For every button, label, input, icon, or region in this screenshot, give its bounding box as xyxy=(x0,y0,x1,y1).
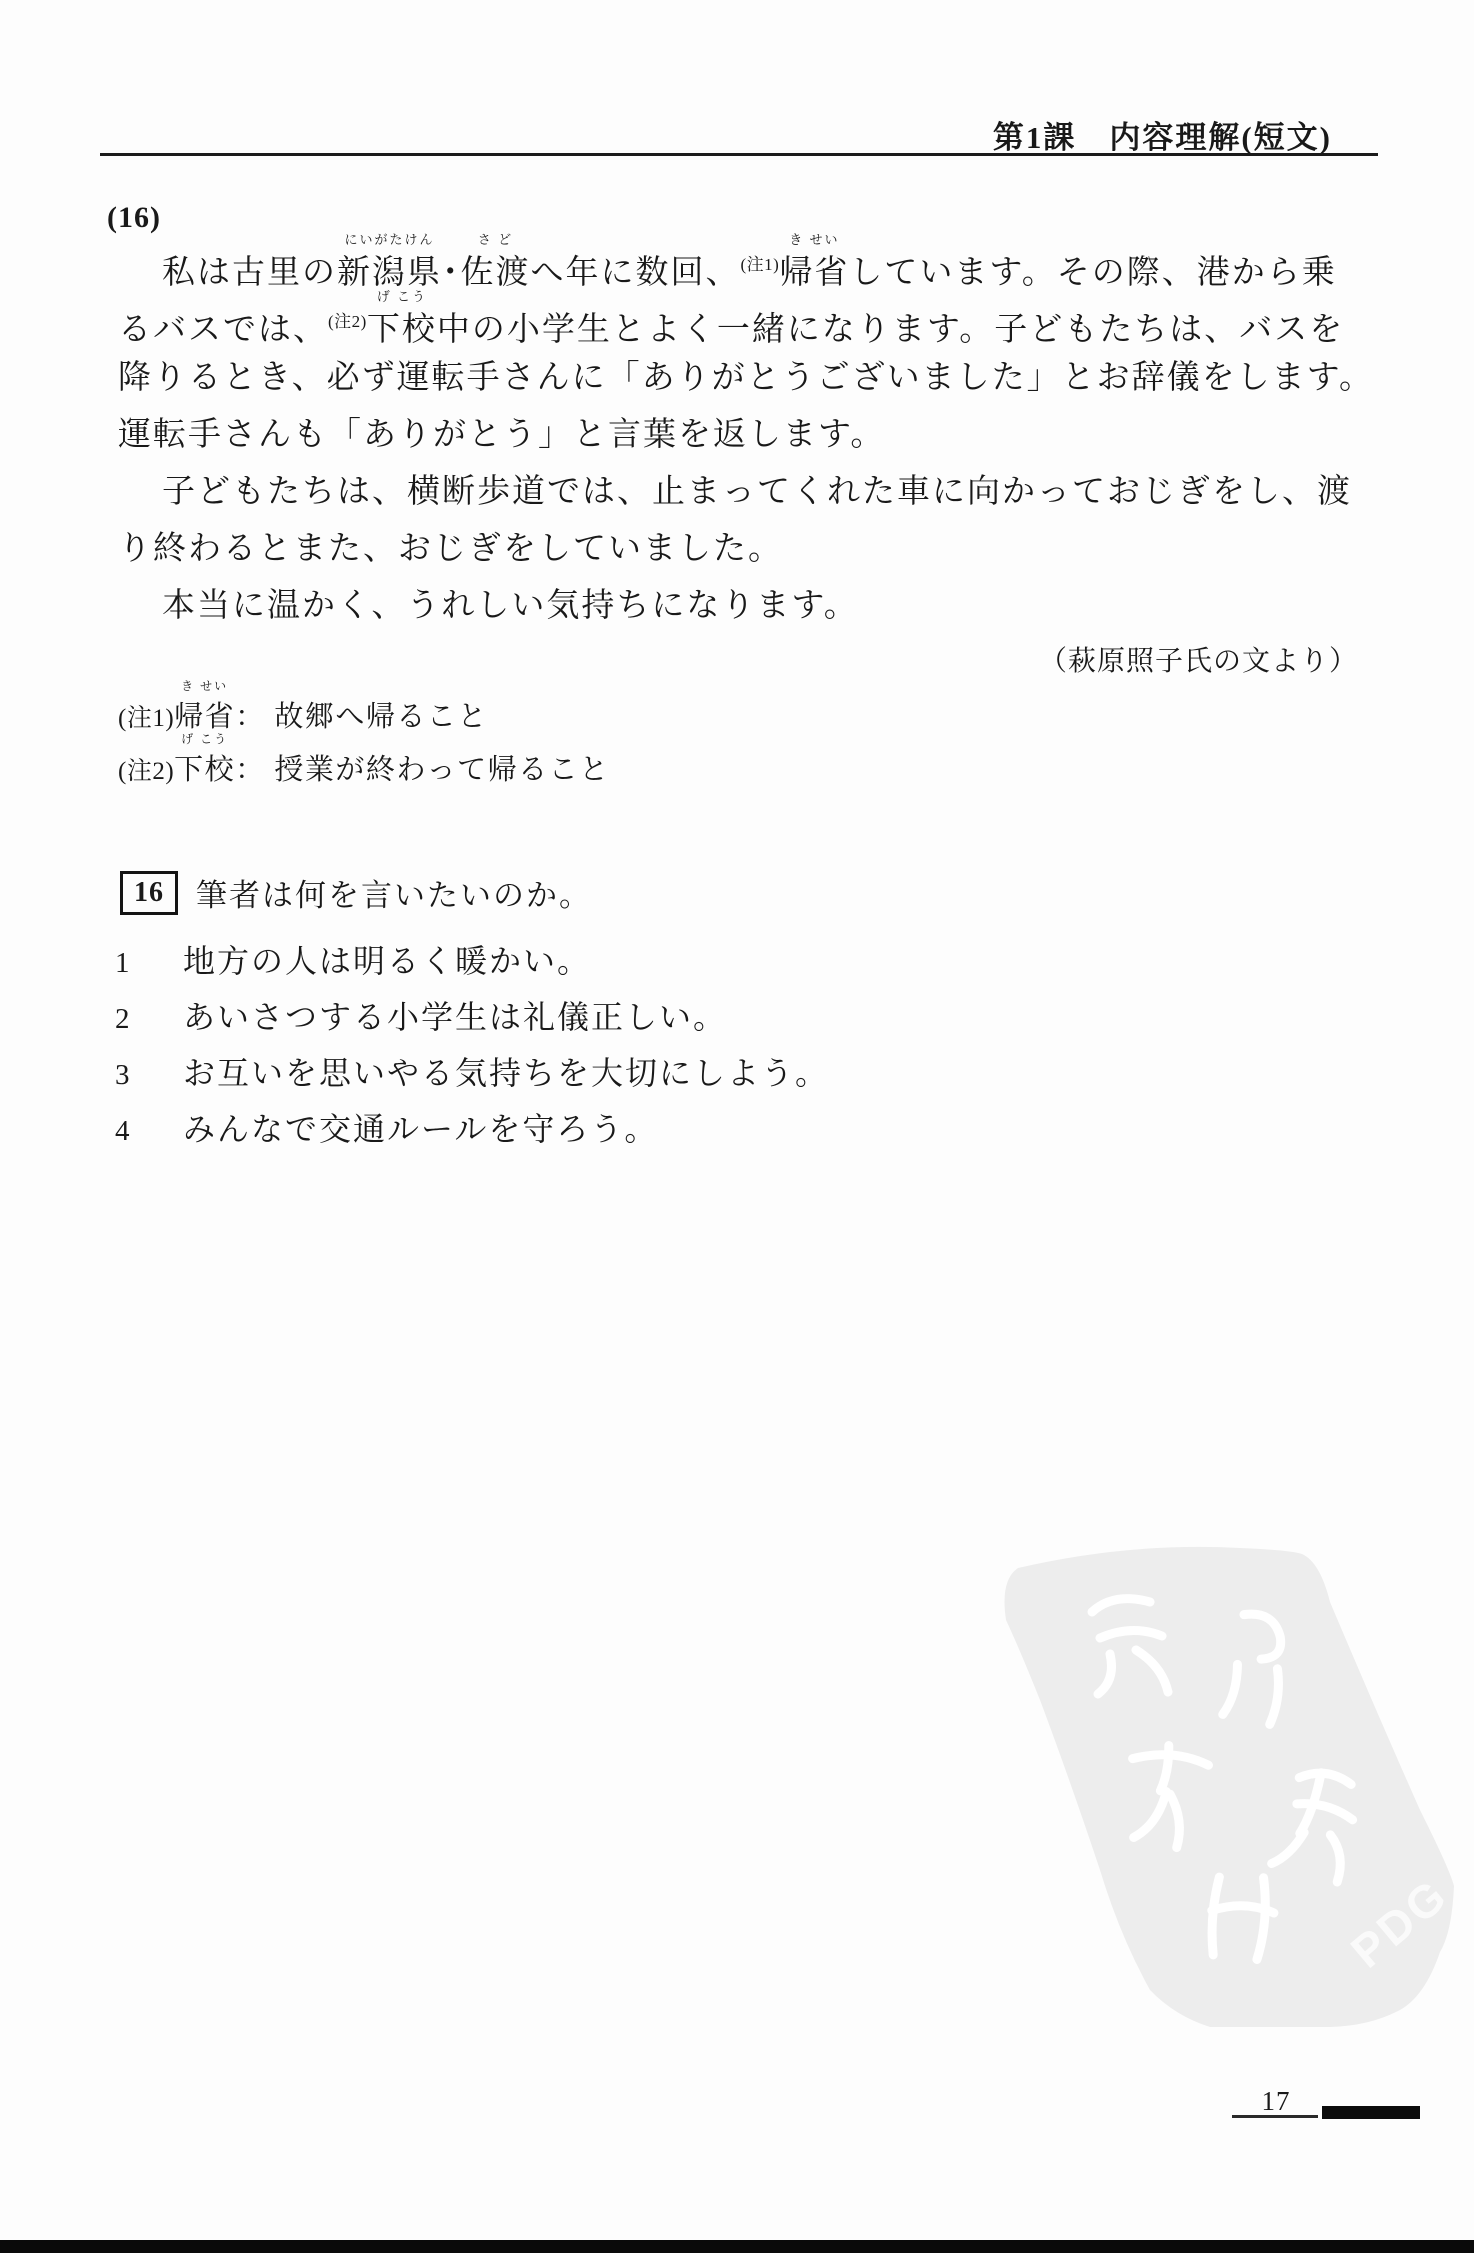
note-row: (注2)下校げ こう： 授業が終わって帰ること xyxy=(118,744,1318,797)
page-number: 17 xyxy=(1233,2086,1319,2117)
answer-options: 1地方の人は明るく暖かい。2あいさつする小学生は礼儀正しい。3お互いを思いやる気… xyxy=(115,933,1315,1157)
text-run: 私は古里の xyxy=(162,255,337,291)
header-rule xyxy=(100,153,1378,156)
page-number-underline xyxy=(1232,2115,1318,2118)
note-label: (注2) xyxy=(118,758,174,785)
option-text: あいさつする小学生は礼儀正しい。 xyxy=(183,999,727,1035)
furigana: さ ど xyxy=(478,233,513,246)
passage-number-label: (16) xyxy=(107,201,161,235)
option-number: 2 xyxy=(115,991,183,1047)
option-number: 1 xyxy=(115,935,183,991)
furigana: げ こう xyxy=(377,290,427,303)
furigana: げ こう xyxy=(181,733,228,746)
question-row: 16 筆者は何を言いたいのか。 xyxy=(120,870,592,915)
text-run: 降りるとき、必ず運転手さんに「ありがとうございました」とお辞儀をします。 xyxy=(118,360,1374,396)
note-reference: (注2) xyxy=(328,312,367,331)
text-run: へ年に数回、 xyxy=(531,255,741,291)
answer-option: 2あいさつする小学生は礼儀正しい。 xyxy=(115,989,1315,1045)
passage-line: 子どもたちは、横断歩道では、止まってくれた車に向かっておじぎをし、渡 xyxy=(118,464,1378,521)
passage-line: 運転手さんも「ありがとう」と言葉を返します。 xyxy=(118,407,1378,464)
text-run: 本当に温かく、うれしい気持ちになります。 xyxy=(162,588,859,624)
text-run: 中の小学生とよく一緒になります。子どもたちは、バスを xyxy=(437,312,1344,348)
text-run: 運転手さんも「ありがとう」と言葉を返します。 xyxy=(118,417,885,453)
answer-option: 3お互いを思いやる気持ちを大切にしよう。 xyxy=(115,1045,1315,1101)
passage-body: 私は古里の新潟県にいがたけん･佐渡さ どへ年に数回、(注1)帰省き せいしていま… xyxy=(118,236,1378,635)
note-reference: (注1) xyxy=(741,255,780,274)
ruby-base: 帰省き せい xyxy=(779,245,849,302)
text-run: ： 故郷へ帰ること xyxy=(235,701,488,733)
passage-line: り終わるとまた、おじぎをしていました。 xyxy=(118,521,1378,578)
furigana: にいがたけん xyxy=(344,233,434,246)
watermark: PDG xyxy=(980,1540,1460,2035)
ruby-base: 下校げ こう xyxy=(367,302,437,359)
question-text: 筆者は何を言いたいのか。 xyxy=(196,870,592,915)
question-number-box: 16 xyxy=(120,871,178,915)
text-run: ･ xyxy=(442,255,461,291)
option-text: みんなで交通ルールを守ろう。 xyxy=(183,1111,658,1147)
passage-line: 本当に温かく、うれしい気持ちになります。 xyxy=(118,578,1378,635)
answer-option: 1地方の人は明るく暖かい。 xyxy=(115,933,1315,989)
text-run: しています。その際、港から乗 xyxy=(849,255,1336,291)
page-header-title: 第1課 内容理解(短文) xyxy=(0,112,1332,157)
page-number-bar xyxy=(1322,2106,1420,2119)
option-number: 4 xyxy=(115,1103,183,1159)
answer-option: 4みんなで交通ルールを守ろう。 xyxy=(115,1101,1315,1157)
passage-line: 降りるとき、必ず運転手さんに「ありがとうございました」とお辞儀をします。 xyxy=(118,350,1378,407)
bottom-scan-strip xyxy=(0,2240,1474,2253)
attribution-line: （萩原照子氏の文より） xyxy=(118,639,1358,684)
furigana: き せい xyxy=(181,680,228,693)
notes-section: (注1)帰省き せい： 故郷へ帰ること(注2)下校げ こう： 授業が終わって帰る… xyxy=(118,691,1318,797)
option-text: 地方の人は明るく暖かい。 xyxy=(183,943,591,979)
document-page: 第1課 内容理解(短文) (16) 私は古里の新潟県にいがたけん･佐渡さ どへ年… xyxy=(0,0,1474,2253)
note-row: (注1)帰省き せい： 故郷へ帰ること xyxy=(118,691,1318,744)
note-label: (注1) xyxy=(118,705,174,732)
option-text: お互いを思いやる気持ちを大切にしよう。 xyxy=(183,1055,829,1091)
passage-line: 私は古里の新潟県にいがたけん･佐渡さ どへ年に数回、(注1)帰省き せいしていま… xyxy=(118,236,1378,293)
ruby-base: 佐渡さ ど xyxy=(461,245,531,302)
text-run: ： 授業が終わって帰ること xyxy=(235,754,609,786)
text-run: 子どもたちは、横断歩道では、止まってくれた車に向かっておじぎをし、渡 xyxy=(162,474,1352,510)
ruby-base: 下校げ こう xyxy=(174,744,235,797)
text-run: り終わるとまた、おじぎをしていました。 xyxy=(118,531,783,567)
option-number: 3 xyxy=(115,1047,183,1103)
passage-line: るバスでは、(注2)下校げ こう中の小学生とよく一緒になります。子どもたちは、バ… xyxy=(118,293,1378,350)
text-run: るバスでは、 xyxy=(118,312,328,348)
furigana: き せい xyxy=(789,233,839,246)
